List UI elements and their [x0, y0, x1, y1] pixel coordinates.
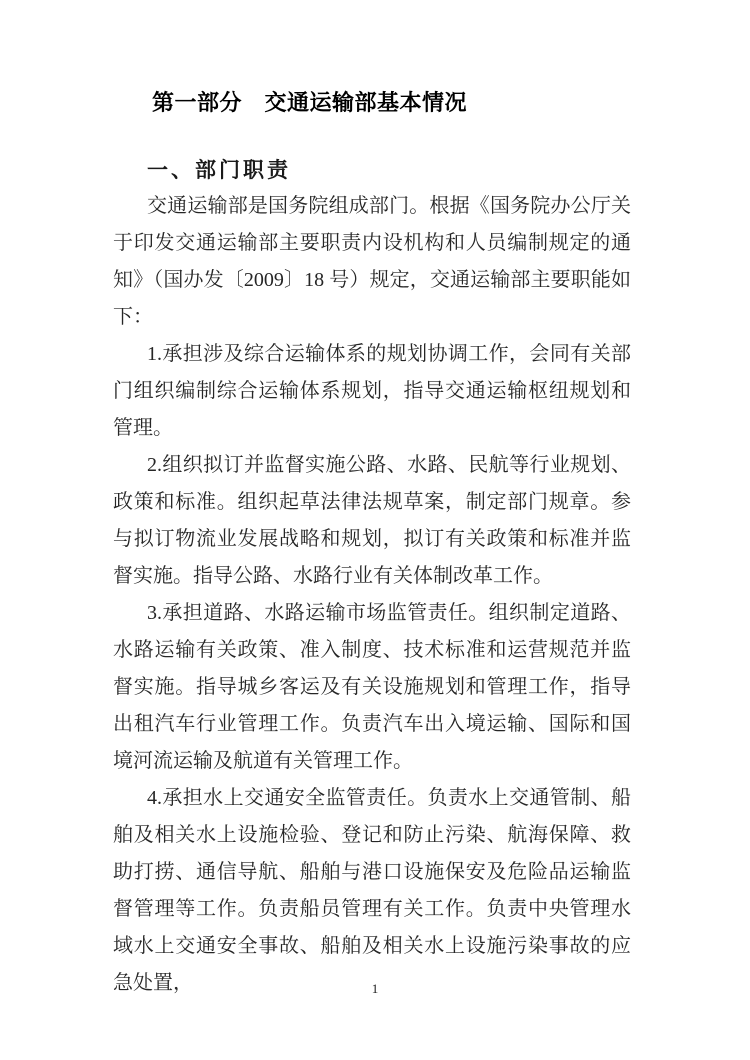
paragraph-duty-4: 4.承担水上交通安全监管责任。负责水上交通管制、船舶及相关水上设施检验、登记和防… [113, 780, 631, 1002]
document-content: 第一部分 交通运输部基本情况 一、部门职责 交通运输部是国务院组成部门。根据《国… [113, 0, 631, 1002]
page-number: 1 [0, 981, 750, 997]
paragraph-duty-1: 1.承担涉及综合运输体系的规划协调工作，会同有关部门组织编制综合运输体系规划，指… [113, 336, 631, 447]
document-page: 第一部分 交通运输部基本情况 一、部门职责 交通运输部是国务院组成部门。根据《国… [0, 0, 750, 1060]
paragraph-intro: 交通运输部是国务院组成部门。根据《国务院办公厅关于印发交通运输部主要职责内设机构… [113, 188, 631, 336]
document-title: 第一部分 交通运输部基本情况 [113, 88, 631, 118]
paragraph-duty-2: 2.组织拟订并监督实施公路、水路、民航等行业规划、政策和标准。组织起草法律法规草… [113, 447, 631, 595]
document-body: 交通运输部是国务院组成部门。根据《国务院办公厅关于印发交通运输部主要职责内设机构… [113, 188, 631, 1002]
paragraph-duty-3: 3.承担道路、水路运输市场监管责任。组织制定道路、水路运输有关政策、准入制度、技… [113, 595, 631, 780]
section-heading-department-duties: 一、部门职责 [113, 156, 631, 184]
